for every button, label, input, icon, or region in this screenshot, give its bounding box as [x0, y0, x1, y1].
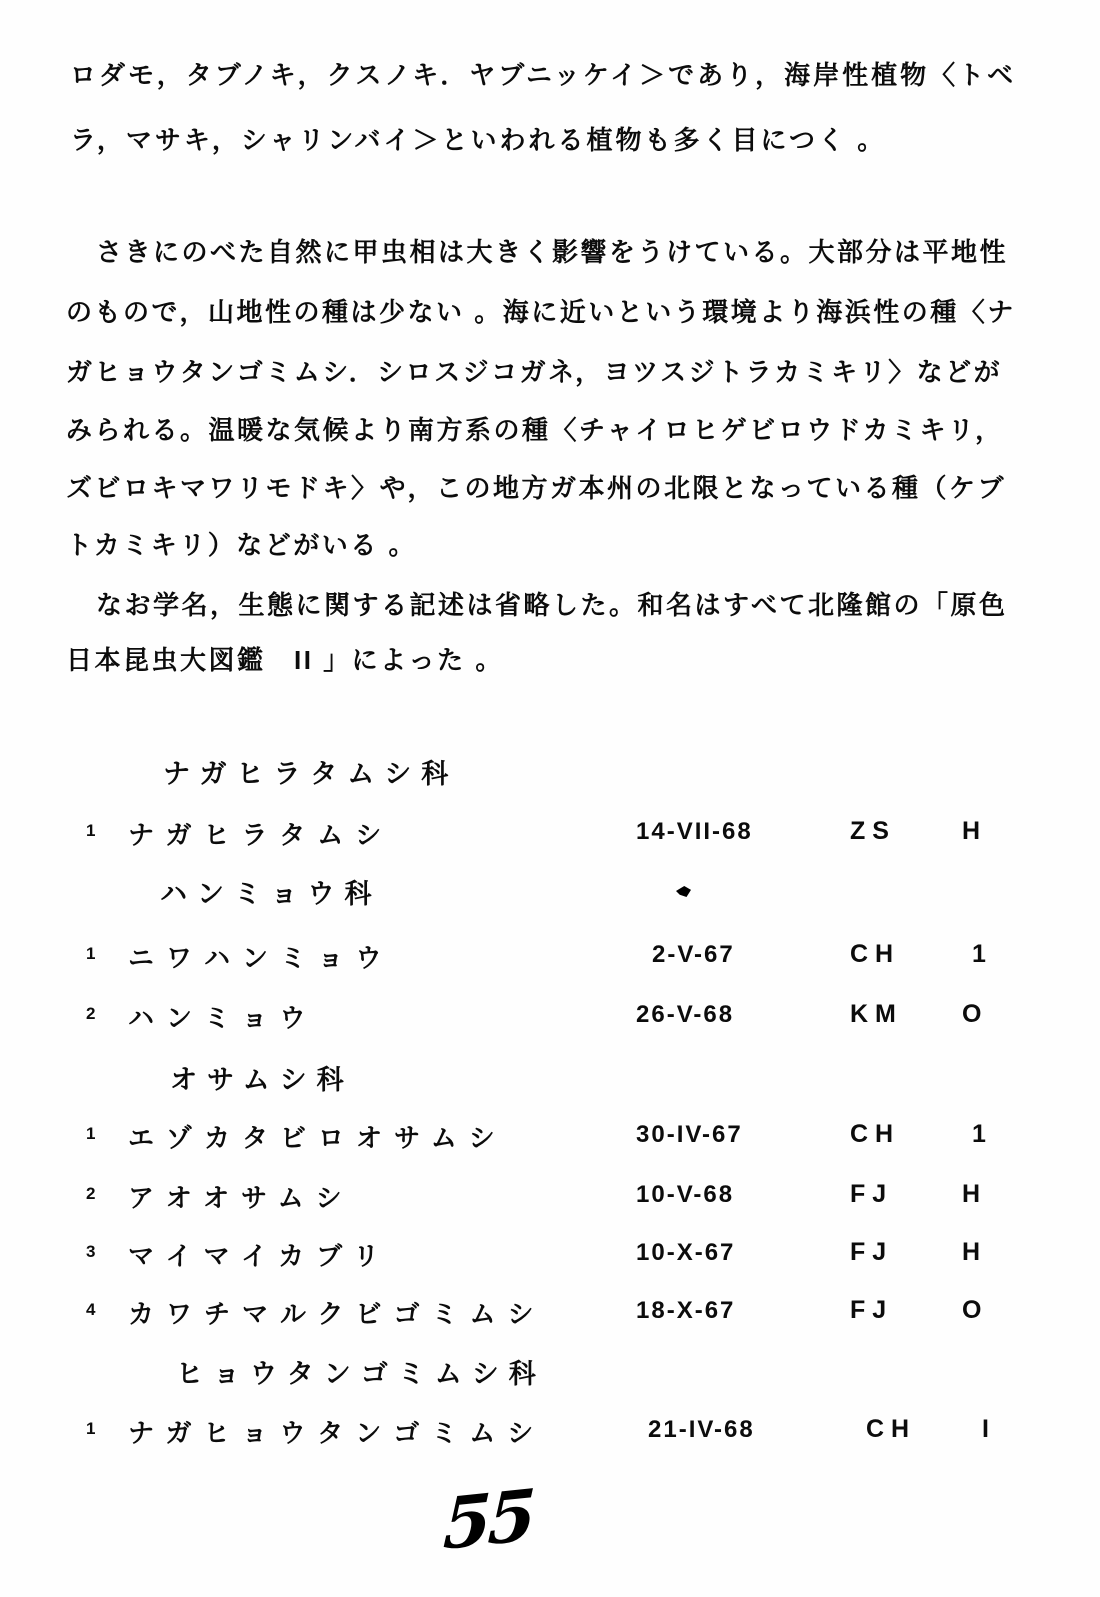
locality-code: CH [850, 1120, 900, 1149]
species-row: 1 ナガヒラタムシ 14-VII-68 ZS H [0, 815, 1100, 857]
paragraph2-line6: トカミキリ）などがいる 。 [66, 525, 417, 562]
locality-code: KM [850, 1000, 903, 1029]
species-name: カワチマルクビゴミムシ [128, 1294, 545, 1331]
paragraph2-line4: みられる。温暖な気候より南方系の種〈チャイロヒゲビロウドカミキリ， [66, 410, 1004, 447]
row-number: 1 [86, 821, 95, 841]
locality-code: FJ [850, 1238, 893, 1267]
species-name: エゾカタビロオサムシ [128, 1118, 507, 1155]
count-code: I [982, 1415, 989, 1444]
collection-date: 2-V-67 [652, 941, 735, 969]
species-name: ニワハンミョウ [128, 938, 393, 975]
species-row: 2 ハンミョウ 26-V-68 KM O [0, 998, 1100, 1040]
paragraph3-line1: なお学名，生態に関する記述は省略した。和名はすべて北隆館の「原色 [96, 585, 1007, 622]
species-row: 2 アオオサムシ 10-V-68 FJ H [0, 1178, 1100, 1220]
collection-date: 30-IV-67 [636, 1121, 743, 1149]
species-row: 1 ナガヒョウタンゴミムシ 21-IV-68 CH I [0, 1413, 1100, 1455]
locality-code: CH [866, 1415, 916, 1444]
species-name: ナガヒョウタンゴミムシ [128, 1413, 545, 1450]
collection-date: 10-V-68 [636, 1181, 734, 1209]
row-number: 1 [86, 944, 95, 964]
locality-code: CH [850, 940, 900, 969]
row-number: 3 [86, 1242, 95, 1262]
locality-code: FJ [850, 1180, 893, 1209]
count-code: H [962, 1238, 980, 1267]
row-number: 2 [86, 1004, 95, 1024]
count-code: O [962, 1000, 981, 1029]
family-header-nagahiratamushi: ナガヒラタムシ科 [163, 752, 458, 791]
species-row: 1 ニワハンミョウ 2-V-67 CH 1 [0, 938, 1100, 980]
family-header-hyoutangomimushi: ヒョウタンゴミムシ科 [176, 1352, 546, 1391]
count-code: 1 [972, 940, 986, 969]
count-code: 1 [972, 1120, 986, 1149]
paragraph2-line3: ガヒョウタンゴミムシ．シロスジコガネ，ヨツスジトラカミキリ〉などが [66, 352, 1002, 389]
count-code: O [962, 1296, 981, 1325]
scanned-document-page: ロダモ，タブノキ，クスノキ．ヤブニッケイ＞であり，海岸性植物〈トベ ラ，マサキ，… [0, 0, 1100, 1597]
row-number: 4 [86, 1300, 95, 1320]
species-row: 4 カワチマルクビゴミムシ 18-X-67 FJ O [0, 1294, 1100, 1336]
paragraph3-line2: 日本昆虫大図鑑 II 」によった 。 [66, 640, 504, 677]
row-number: 1 [86, 1124, 95, 1144]
collection-date: 21-IV-68 [648, 1416, 755, 1444]
species-name: アオオサムシ [128, 1178, 354, 1215]
collection-date: 18-X-67 [636, 1297, 735, 1325]
family-header-hanmyou: ハンミョウ科 [160, 872, 381, 911]
paragraph2-line1: さきにのべた自然に甲虫相は大きく影響をうけている。大部分は平地性 [96, 232, 1008, 269]
row-number: 1 [86, 1419, 95, 1439]
species-name: ナガヒラタムシ [128, 815, 393, 852]
count-code: H [962, 817, 980, 846]
collection-date: 26-V-68 [636, 1001, 734, 1029]
species-row: 1 エゾカタビロオサムシ 30-IV-67 CH 1 [0, 1118, 1100, 1160]
collection-date: 10-X-67 [636, 1239, 735, 1267]
paragraph2-line5: ズビロキマワリモドキ〉や，この地方ガ本州の北限となっている種（ケブ [66, 468, 1006, 505]
count-code: H [962, 1180, 980, 1209]
locality-code: ZS [850, 817, 896, 846]
paragraph1-line1: ロダモ，タブノキ，クスノキ．ヤブニッケイ＞であり，海岸性植物〈トベ [70, 55, 1016, 92]
collection-date: 14-VII-68 [636, 818, 753, 846]
paragraph2-line2: のもので，山地性の種は少ない 。海に近いという環境より海浜性の種〈ナ [66, 292, 1016, 329]
page-number: 55 [442, 1473, 534, 1566]
species-row: 3 マイマイカブリ 10-X-67 FJ H [0, 1236, 1100, 1278]
row-number: 2 [86, 1184, 95, 1204]
species-name: ハンミョウ [128, 998, 317, 1035]
paragraph1-line2: ラ，マサキ，シャリンバイ＞といわれる植物も多く目につく 。 [70, 120, 886, 157]
family-header-osamushi: オサムシ科 [170, 1058, 354, 1097]
locality-code: FJ [850, 1296, 893, 1325]
stray-ink-mark-icon [676, 886, 691, 897]
species-name: マイマイカブリ [128, 1236, 391, 1273]
